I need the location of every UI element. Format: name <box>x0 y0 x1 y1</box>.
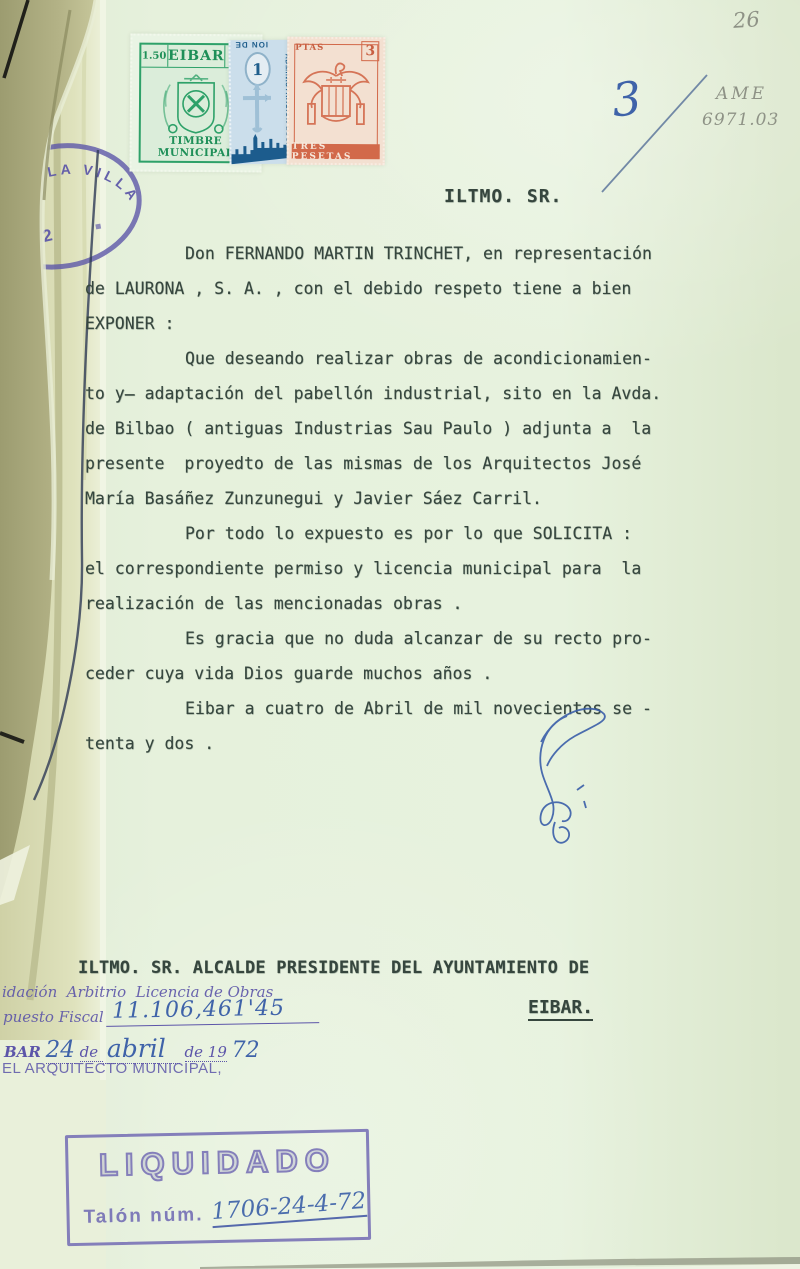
letter-line: presente proyedto de las mismas de los A… <box>85 454 705 489</box>
letter-line: Es gracia que no duda alcanzar de su rec… <box>85 629 705 664</box>
fiscal-stamp-label: puesto Fiscal <box>3 1008 104 1026</box>
scanned-document-page: E LA VILLA 1972 2l 1.50 EIBAR Pts <box>0 0 800 1269</box>
letter-line: ceder cuya vida Dios guarde muchos años … <box>85 664 705 699</box>
letter-line: de LAURONA , S. A. , con el debido respe… <box>85 279 705 314</box>
letter-line: el correspondiente permiso y licencia mu… <box>85 559 705 594</box>
archive-code-line2: 6971.03 <box>702 110 779 130</box>
letter-line: María Basáñez Zunzunegui y Javier Sáez C… <box>85 489 705 524</box>
letter-body: Don FERNANDO MARTIN TRINCHET, en represe… <box>85 244 705 769</box>
fiscal-date-year: 72 <box>232 1038 260 1063</box>
letter-line: Que deseando realizar obras de acondicio… <box>85 349 705 384</box>
letter-line: EXPONER : <box>85 314 705 349</box>
addressee-city: EIBAR. <box>528 997 593 1021</box>
fiscal-date-prefix: BAR <box>4 1043 41 1061</box>
liquidado-title: LIQUIDADO <box>68 1142 367 1184</box>
letter-line: realización de las mencionadas obras . <box>85 594 705 629</box>
fiscal-stamp-architect-line: EL ARQUITECTO MUNICIPAL, <box>2 1060 222 1077</box>
pen-slash-mark <box>0 0 800 220</box>
letter-line: Don FERNANDO MARTIN TRINCHET, en represe… <box>85 244 705 279</box>
fiscal-amount-handwritten: 11.106,461'45 <box>106 995 319 1027</box>
fiscal-stamp-date-line: BAR 24 de abril de 19 72 <box>4 1034 260 1063</box>
letter-line: Por todo lo expuesto es por lo que SOLIC… <box>85 524 705 559</box>
letter-salutation: ILTMO. SR. <box>444 186 562 207</box>
addressee-line: ILTMO. SR. ALCALDE PRESIDENTE DEL AYUNTA… <box>78 958 589 978</box>
liquidado-talon-number: 1706-24-4-72 <box>211 1188 368 1228</box>
liquidado-talon-label: Talón núm. <box>83 1204 203 1229</box>
letter-line: to y̶ adaptación del pabellón industrial… <box>85 384 705 419</box>
liquidado-rubber-stamp: LIQUIDADO Talón núm. 1706-24-4-72 <box>65 1129 371 1246</box>
bottom-sheet-edge <box>0 1255 800 1269</box>
archive-code-line1: AME <box>716 84 767 104</box>
letter-line: de Bilbao ( antiguas Industrias Sau Paul… <box>85 419 705 454</box>
signature-icon <box>505 700 625 845</box>
